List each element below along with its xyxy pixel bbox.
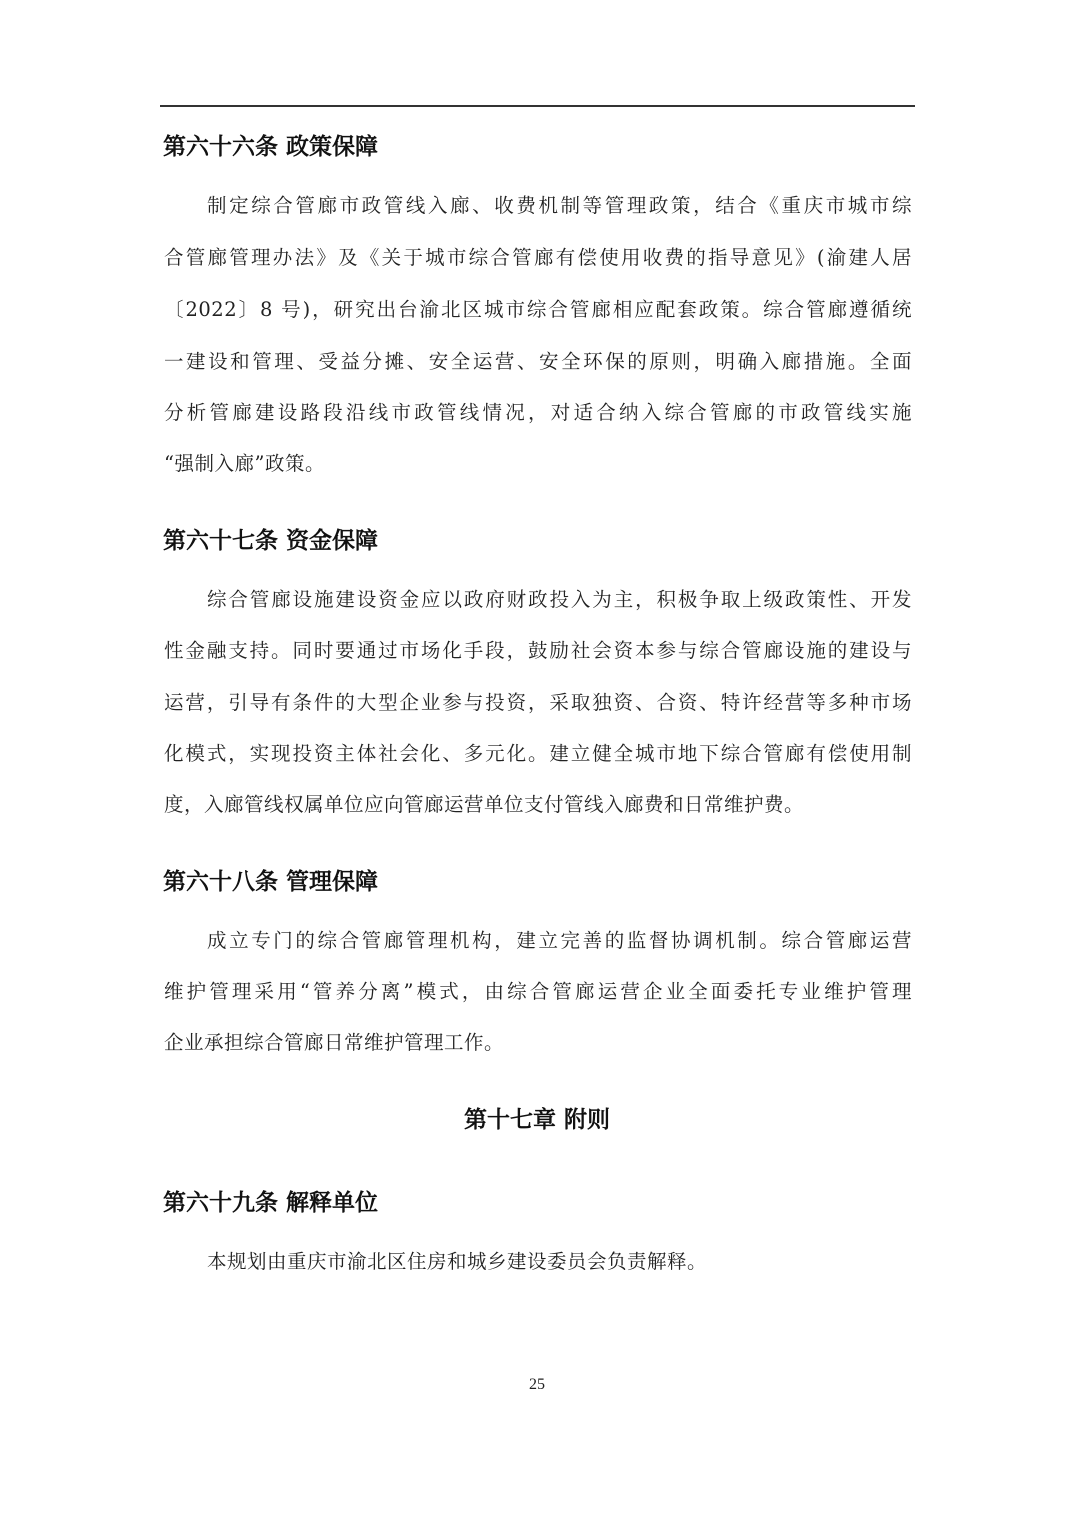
document-page: 第六十六条 政策保障 制定综合管廊市政管线入廊、收费机制等管理政策，结合《重庆市…	[0, 0, 1074, 1520]
article-67-line-4: 化模式，实现投资主体社会化、多元化。建立健全城市地下综合管廊有偿使用制	[164, 741, 912, 767]
article-67-line-5: 度，入廊管线权属单位应向管廊运营单位支付管线入廊费和日常维护费。	[164, 792, 912, 818]
article-66-line-3: 〔2022〕8 号)，研究出台渝北区城市综合管廊相应配套政策。综合管廊遵循统	[164, 297, 912, 323]
article-67-line-1: 综合管廊设施建设资金应以政府财政投入为主，积极争取上级政策性、开发	[207, 587, 912, 613]
chapter-17-heading: 第十七章 附则	[0, 1105, 1074, 1135]
article-67-heading: 第六十七条 资金保障	[163, 526, 378, 556]
header-rule	[160, 105, 915, 107]
page-number: 25	[0, 1375, 1074, 1395]
article-66-line-4: 一建设和管理、受益分摊、安全运营、安全环保的原则，明确入廊措施。全面	[164, 349, 912, 375]
article-66-line-6: “强制入廊”政策。	[164, 451, 912, 477]
article-68-line-1: 成立专门的综合管廊管理机构，建立完善的监督协调机制。综合管廊运营	[207, 928, 912, 954]
article-69-line-1: 本规划由重庆市渝北区住房和城乡建设委员会负责解释。	[207, 1249, 912, 1275]
article-66-line-5: 分析管廊建设路段沿线市政管线情况，对适合纳入综合管廊的市政管线实施	[164, 400, 912, 426]
article-67-line-2: 性金融支持。同时要通过市场化手段，鼓励社会资本参与综合管廊设施的建设与	[164, 638, 912, 664]
article-69-heading: 第六十九条 解释单位	[163, 1188, 378, 1218]
article-66-heading: 第六十六条 政策保障	[163, 132, 378, 162]
article-67-line-3: 运营，引导有条件的大型企业参与投资，采取独资、合资、特许经营等多种市场	[164, 690, 912, 716]
article-68-heading: 第六十八条 管理保障	[163, 867, 378, 897]
article-68-line-2: 维护管理采用“管养分离”模式，由综合管廊运营企业全面委托专业维护管理	[164, 979, 912, 1005]
article-68-line-3: 企业承担综合管廊日常维护管理工作。	[164, 1030, 912, 1056]
article-66-line-2: 合管廊管理办法》及《关于城市综合管廊有偿使用收费的指导意见》(渝建人居	[164, 245, 912, 271]
article-66-line-1: 制定综合管廊市政管线入廊、收费机制等管理政策，结合《重庆市城市综	[207, 193, 912, 219]
